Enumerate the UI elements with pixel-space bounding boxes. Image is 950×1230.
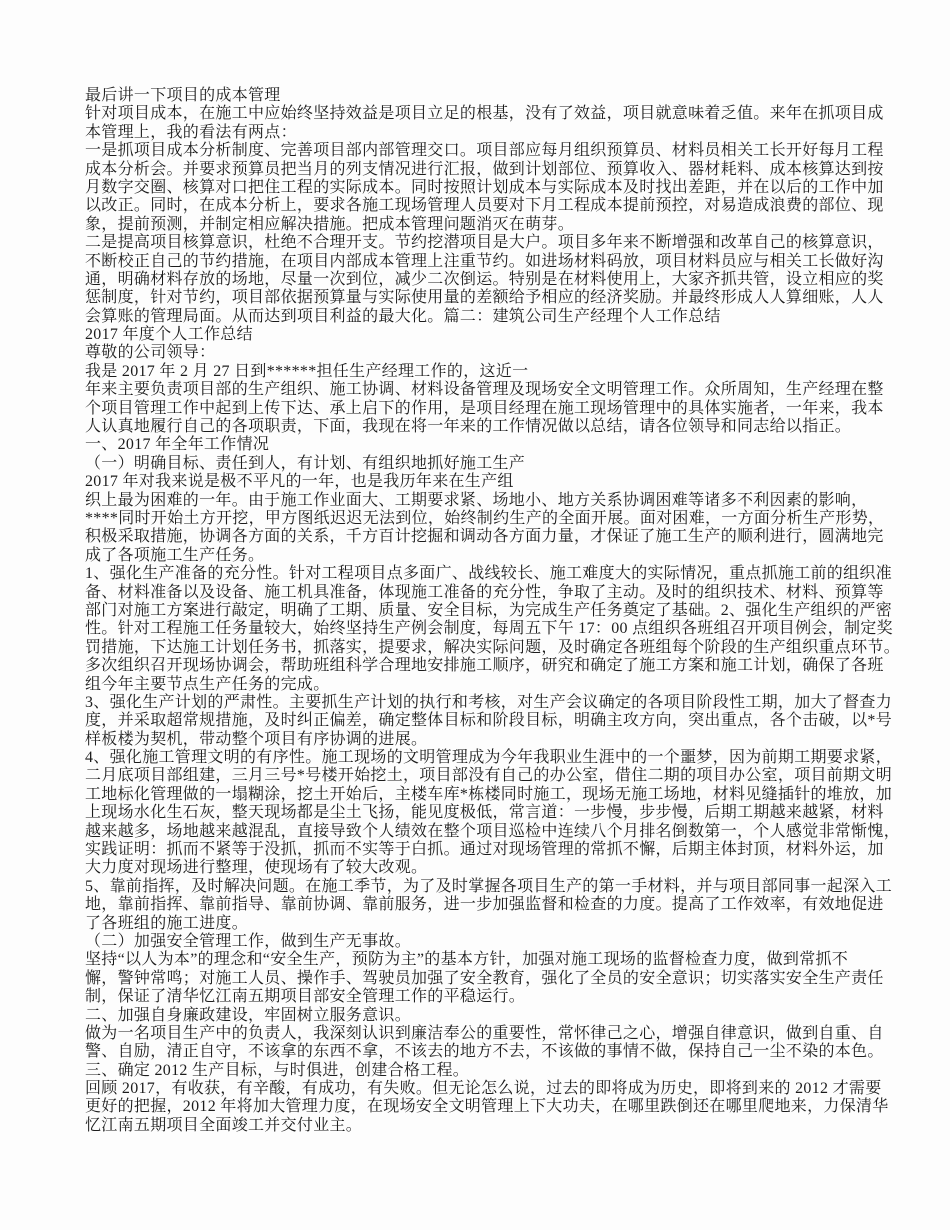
text-line: 备、材料准备以及设备、施工机具准备，体现施工准备的充分性，争取了主动。及时的组织… [85, 584, 885, 602]
text-line: 大力度对现场进行整理，使现场有了较大改观。 [85, 859, 885, 877]
text-line: 二月底项目部组建，三月三号*号楼开始挖土，项目部没有自己的办公室，借住二期的项目… [85, 767, 885, 785]
text-line: 月数字交圈、核算对口把住工程的实际成本。同时按照计划成本与实际成本及时找出差距，… [85, 179, 885, 197]
text-line: ****同时开始土方开挖，甲方图纸迟迟无法到位，始终制约生产的全面开展。面对困难… [85, 510, 885, 528]
text-line: 象，提前预测，并制定相应解决措施。把成本管理问题消灭在萌芽。 [85, 216, 885, 234]
text-line: 5、靠前指挥，及时解决问题。在施工季节，为了及时掌握各项目生产的第一手材料，并与… [85, 878, 885, 896]
text-line: 更好的把握，2012 年将加大管理力度，在现场安全文明管理上下大功夫，在哪里跌倒… [85, 1098, 885, 1116]
text-line: （二）加强安全管理工作，做到生产无事故。 [85, 933, 885, 951]
text-line: 二是提高项目核算意识，杜绝不合理开支。节约挖潜项目是大户。项目多年来不断增强和改… [85, 234, 885, 252]
text-line: 惩制度，针对节约，项目部依据预算量与实际使用量的差额给予相应的经济奖励。并最终形… [85, 289, 885, 307]
text-line: 性。针对工程施工任务量较大，始终坚持生产例会制度，每周五下午 17：00 点组织… [85, 620, 885, 638]
text-line: 做为一名项目生产中的负责人，我深刻认识到廉洁奉公的重要性，常怀律己之心，增强自律… [85, 1025, 885, 1043]
text-line: 1、强化生产准备的充分性。针对工程项目点多面广、战线较长、施工难度大的实际情况，… [85, 565, 885, 583]
text-line: 越来越多，场地越来越混乱，直接导致个人绩效在整个项目巡检中连续八个月排名倒数第一… [85, 823, 885, 841]
text-line: 会算账的管理局面。从而达到项目利益的最大化。篇二：建筑公司生产经理个人工作总结 [85, 308, 885, 326]
text-line: 了各班组的施工进度。 [85, 915, 885, 933]
text-line: 工地标化管理做的一塌糊涂，挖土开始后，主楼车库*栋楼同时施工，现场无施工场地，材… [85, 786, 885, 804]
text-line: 上现场水化生石灰，整天现场都是尘土飞扬，能见度极低，常言道：一步慢，步步慢，后期… [85, 804, 885, 822]
text-line: 织上最为困难的一年。由于施工作业面大、工期要求紧、场地小、地方关系协调困难等诸多… [85, 492, 885, 510]
text-line: 成本分析会。并要求预算员把当月的列支情况进行汇报，做到计划部位、预算收入、器材耗… [85, 161, 885, 179]
text-line: 以改正。同时，在成本分析上，要求各施工现场管理人员要对下月工程成本提前预控，对易… [85, 197, 885, 215]
text-line: （一）明确目标、责任到人，有计划、有组织地抓好施工生产 [85, 455, 885, 473]
text-line: 3、强化生产计划的严肃性。主要抓生产计划的执行和考核，对生产会议确定的各项目阶段… [85, 694, 885, 712]
text-line: 针对项目成本，在施工中应始终坚持效益是项目立足的根基，没有了效益，项目就意味着乏… [85, 105, 885, 123]
text-line: 2017 年对我来说是极不平凡的一年，也是我历年来在生产组 [85, 473, 885, 491]
text-line: 我是 2017 年 2 月 27 日到******担任生产经理工作的，这近一 [85, 363, 885, 381]
text-line: 三、确定 2012 生产目标，与时俱进，创建合格工程。 [85, 1062, 885, 1080]
text-line: 通，明确材料存放的场地，尽量一次到位，减少二次倒运。特别是在材料使用上，大家齐抓… [85, 271, 885, 289]
document-page: 最后讲一下项目的成本管理针对项目成本，在施工中应始终坚持效益是项目立足的根基，没… [0, 0, 950, 1230]
text-line: 组今年主要节点生产任务的完成。 [85, 676, 885, 694]
text-line: 罚措施，下达施工计划任务书，抓落实，提要求，解决实际问题，及时确定各班组每个阶段… [85, 639, 885, 657]
text-line: 一、2017 年全年工作情况 [85, 436, 885, 454]
text-line: 忆江南五期项目全面竣工并交付业主。 [85, 1117, 885, 1135]
text-line: 4、强化施工管理文明的有序性。施工现场的文明管理成为今年我职业生涯中的一个噩梦，… [85, 749, 885, 767]
text-line: 人认真地履行自己的各项职责，下面，我现在将一年来的工作情况做以总结，请各位领导和… [85, 418, 885, 436]
text-line: 本管理上，我的看法有两点： [85, 124, 885, 142]
text-line: 制，保证了清华忆江南五期项目部安全管理工作的平稳运行。 [85, 988, 885, 1006]
text-line: 最后讲一下项目的成本管理 [85, 87, 885, 105]
text-line: 不断校正自己的节约措施，在项目内部成本管理上注重节约。如进场材料码放，项目材料员… [85, 253, 885, 271]
text-line: 部门对施工方案进行敲定，明确了工期、质量、安全目标，为完成生产任务奠定了基础。2… [85, 602, 885, 620]
text-line: 回顾 2017，有收获，有辛酸，有成功，有失败。但无论怎么说，过去的即将成为历史… [85, 1080, 885, 1098]
text-line: 实践证明：抓而不紧等于没抓，抓而不实等于白抓。通过对现场管理的常抓不懈，后期主体… [85, 841, 885, 859]
text-line: 一是抓项目成本分析制度、完善项目部内部管理交口。项目部应每月组织预算员、材料员相… [85, 142, 885, 160]
text-line: 多次组织召开现场协调会，帮助班组科学合理地安排施工顺序，研究和确定了施工方案和施… [85, 657, 885, 675]
text-line: 积极采取措施，协调各方面的关系，千方百计挖掘和调动各方面力量，才保证了施工生产的… [85, 528, 885, 546]
text-line: 2017 年度个人工作总结 [85, 326, 885, 344]
text-line: 二、加强自身廉政建设，牢固树立服务意识。 [85, 1007, 885, 1025]
text-line: 年来主要负责项目部的生产组织、施工协调、材料设备管理及现场安全文明管理工作。众所… [85, 381, 885, 399]
document-text: 最后讲一下项目的成本管理针对项目成本，在施工中应始终坚持效益是项目立足的根基，没… [85, 87, 885, 1135]
text-line: 尊敬的公司领导： [85, 344, 885, 362]
text-line: 样板楼为契机，带动整个项目有序协调的进展。 [85, 731, 885, 749]
text-line: 警、自励，清正自守，不该拿的东西不拿，不该去的地方不去，不该做的事情不做，保持自… [85, 1043, 885, 1061]
text-line: 懈，警钟常鸣；对施工人员、操作手、驾驶员加强了安全教育，强化了全员的安全意识；切… [85, 970, 885, 988]
text-line: 成了各项施工生产任务。 [85, 547, 885, 565]
text-line: 坚持“以人为本”的理念和“安全生产，预防为主”的基本方针，加强对施工现场的监督检… [85, 951, 885, 969]
text-line: 度，并采取超常规措施，及时纠正偏差，确定整体目标和阶段目标，明确主攻方向，突出重… [85, 712, 885, 730]
text-line: 个项目管理工作中起到上传下达、承上启下的作用，是项目经理在施工现场管理中的具体实… [85, 400, 885, 418]
text-line: 地，靠前指挥、靠前指导、靠前协调、靠前服务，进一步加强监督和检查的力度。提高了工… [85, 896, 885, 914]
